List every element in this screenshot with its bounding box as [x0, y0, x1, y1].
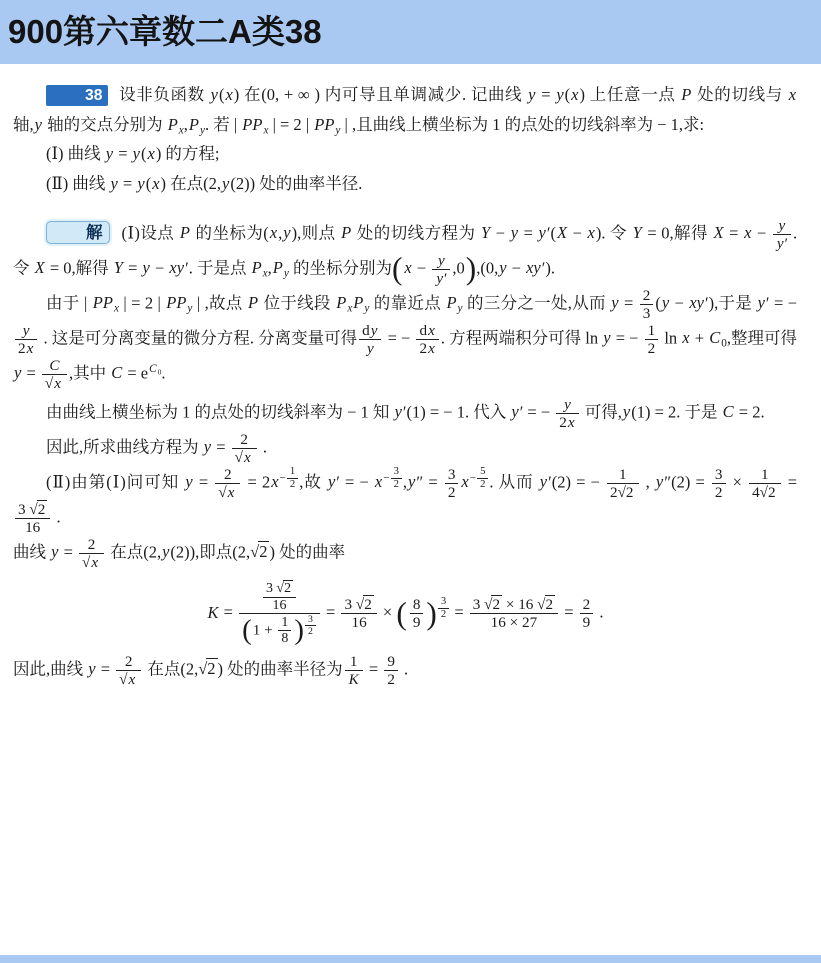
solution-step-1: 解(Ⅰ)设点 P 的坐标为(x,y),则点 P 处的切线方程为 Y − y = … — [13, 217, 797, 287]
footer-bar — [0, 955, 821, 963]
curvature-intro: 曲线 y = 2√x 在点(2,y(2)),即点(2,√2) 处的曲率 — [13, 536, 797, 571]
problem-statement: 38设非负函数 y(x) 在(0, + ∞ ) 内可导且单调减少. 记曲线 y … — [13, 80, 797, 139]
document-body: 38设非负函数 y(x) 在(0, + ∞ ) 内可导且单调减少. 记曲线 y … — [0, 64, 821, 688]
solution-step-5: (Ⅱ)由第(Ⅰ)问可知 y = 2√x = 2x−12,故 y′ = − x−3… — [13, 466, 797, 536]
solution-step-4: 因此,所求曲线方程为 y = 2√x . — [13, 431, 797, 466]
title-bar: 900第六章数二A类38 — [0, 0, 821, 64]
solution-step-2: 由于 | PPx | = 2 | PPy | ,故点 P 位于线段 PxPy 的… — [13, 287, 797, 392]
problem-number-badge: 38 — [46, 85, 108, 106]
curvature-equation: K = 3 √216(1 + 18)32 = 3 √216 × (89)32 =… — [13, 581, 797, 647]
part2-question: (Ⅱ) 曲线 y = y(x) 在点(2,y(2)) 处的曲率半径. — [13, 169, 797, 199]
solution-badge: 解 — [46, 221, 110, 244]
part1-question: (Ⅰ) 曲线 y = y(x) 的方程; — [13, 139, 797, 169]
solution-step-3: 由曲线上横坐标为 1 的点处的切线斜率为 − 1 知 y′(1) = − 1. … — [13, 396, 797, 431]
conclusion: 因此,曲线 y = 2√x 在点(2,√2) 处的曲率半径为1K = 92 . — [13, 653, 797, 688]
page-title: 900第六章数二A类38 — [8, 2, 322, 61]
